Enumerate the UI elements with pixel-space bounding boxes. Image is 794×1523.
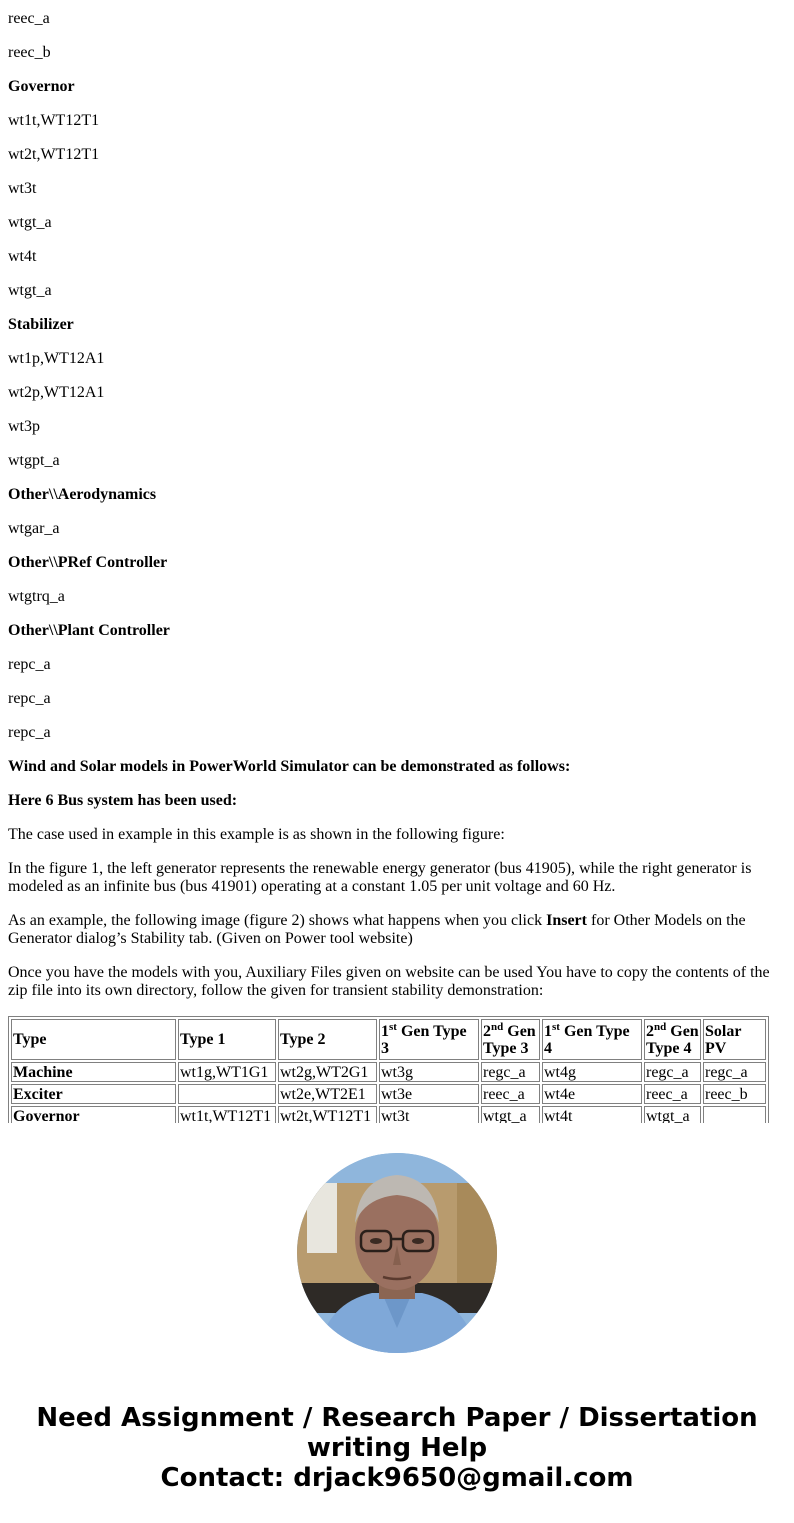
- list-item: wt3t: [8, 180, 36, 198]
- table-cell: wt2e,WT2E1: [278, 1084, 377, 1104]
- header-ordinal: nd: [654, 1021, 666, 1033]
- list-item: repc_a: [8, 724, 51, 742]
- header-ordinal: nd: [491, 1021, 503, 1033]
- table-cell: wt2g,WT2G1: [278, 1062, 377, 1082]
- section-heading: Other\\Plant Controller: [8, 622, 170, 640]
- list-item: The case used in example in this example…: [8, 826, 505, 844]
- row-label: Governor: [11, 1106, 176, 1123]
- list-item: wtgt_a: [8, 282, 52, 300]
- portrait-image: [297, 1153, 497, 1353]
- list-item: wt2p,WT12A1: [8, 384, 104, 402]
- section-heading: Wind and Solar models in PowerWorld Simu…: [8, 758, 570, 776]
- table-cell: wt4e: [542, 1084, 642, 1104]
- table-row: Machinewt1g,WT1G1wt2g,WT2G1wt3gregc_awt4…: [11, 1062, 766, 1082]
- figure1-paragraph: In the figure 1, the left generator repr…: [8, 860, 778, 896]
- table-cell: wtgt_a: [481, 1106, 540, 1123]
- table-row: Exciterwt2e,WT2E1wt3ereec_awt4ereec_aree…: [11, 1084, 766, 1104]
- list-item: repc_a: [8, 656, 51, 674]
- header-text: 1: [381, 1023, 389, 1040]
- list-item: repc_a: [8, 690, 51, 708]
- table-cell: reec_b: [703, 1084, 766, 1104]
- author-avatar: [297, 1153, 497, 1353]
- section-heading: Here 6 Bus system has been used:: [8, 792, 237, 810]
- section-heading: Governor: [8, 78, 75, 96]
- list-item: wtgpt_a: [8, 452, 60, 470]
- list-item: wtgar_a: [8, 520, 60, 538]
- figure2-paragraph: As an example, the following image (figu…: [8, 912, 778, 948]
- list-item: wtgtrq_a: [8, 588, 65, 606]
- table-cell: wt4g: [542, 1062, 642, 1082]
- table-cell: regc_a: [481, 1062, 540, 1082]
- cta-line-2: writing Help: [0, 1433, 794, 1463]
- column-header: 1st Gen Type 3: [379, 1019, 479, 1060]
- table-cell: wt1g,WT1G1: [178, 1062, 276, 1082]
- table-header-row: TypeType 1Type 21st Gen Type 32nd Gen Ty…: [11, 1019, 766, 1060]
- document-body: reec_areec_bGovernorwt1t,WT12T1wt2t,WT12…: [8, 0, 786, 1123]
- header-text: Type 2: [280, 1031, 325, 1048]
- section-heading: Other\\Aerodynamics: [8, 486, 156, 504]
- auxiliary-paragraph: Once you have the models with you, Auxil…: [8, 964, 778, 1000]
- table-cell: wt1t,WT12T1: [178, 1106, 276, 1123]
- list-item: reec_b: [8, 44, 51, 62]
- table-cell: regc_a: [644, 1062, 701, 1082]
- table-cell: reec_a: [481, 1084, 540, 1104]
- list-item: wt1p,WT12A1: [8, 350, 104, 368]
- header-text: Solar PV: [705, 1023, 741, 1057]
- column-header: Type: [11, 1019, 176, 1060]
- list-item: wt4t: [8, 248, 36, 266]
- column-header: Type 2: [278, 1019, 377, 1060]
- table-cell: wt3g: [379, 1062, 479, 1082]
- column-header: 1st Gen Type 4: [542, 1019, 642, 1060]
- figure2-text-before: As an example, the following image (figu…: [8, 912, 546, 929]
- section-heading: Other\\PRef Controller: [8, 554, 167, 572]
- header-text: 2: [483, 1023, 491, 1040]
- column-header: Type 1: [178, 1019, 276, 1060]
- header-text: 2: [646, 1023, 654, 1040]
- table-cell: regc_a: [703, 1062, 766, 1082]
- header-ordinal: st: [389, 1021, 397, 1033]
- column-header: 2nd Gen Type 3: [481, 1019, 540, 1060]
- insert-keyword: Insert: [546, 912, 587, 929]
- header-ordinal: st: [552, 1021, 560, 1033]
- header-text: Type: [13, 1031, 46, 1048]
- list-item: wt3p: [8, 418, 40, 436]
- contact-banner: Need Assignment / Research Paper / Disse…: [0, 1403, 794, 1493]
- table-cell: [703, 1106, 766, 1123]
- table-cell: wt3t: [379, 1106, 479, 1123]
- table-cell: wt4t: [542, 1106, 642, 1123]
- list-item: wt1t,WT12T1: [8, 112, 99, 130]
- table-cell: wt3e: [379, 1084, 479, 1104]
- table-cell: [178, 1084, 276, 1104]
- row-label: Machine: [11, 1062, 176, 1082]
- section-heading: Stabilizer: [8, 316, 74, 334]
- column-header: Solar PV: [703, 1019, 766, 1060]
- list-item: reec_a: [8, 10, 50, 28]
- wind-solar-models-table: TypeType 1Type 21st Gen Type 32nd Gen Ty…: [8, 1016, 769, 1123]
- list-item: wt2t,WT12T1: [8, 146, 99, 164]
- column-header: 2nd Gen Type 4: [644, 1019, 701, 1060]
- cta-line-3: Contact: drjack9650@gmail.com: [0, 1463, 794, 1493]
- table-row: Governorwt1t,WT12T1wt2t,WT12T1wt3twtgt_a…: [11, 1106, 766, 1123]
- cta-line-1: Need Assignment / Research Paper / Disse…: [0, 1403, 794, 1433]
- row-label: Exciter: [11, 1084, 176, 1104]
- table-cell: wt2t,WT12T1: [278, 1106, 377, 1123]
- list-item: wtgt_a: [8, 214, 52, 232]
- table-cell: reec_a: [644, 1084, 701, 1104]
- table-cell: wtgt_a: [644, 1106, 701, 1123]
- header-text: Type 1: [180, 1031, 225, 1048]
- header-text: 1: [544, 1023, 552, 1040]
